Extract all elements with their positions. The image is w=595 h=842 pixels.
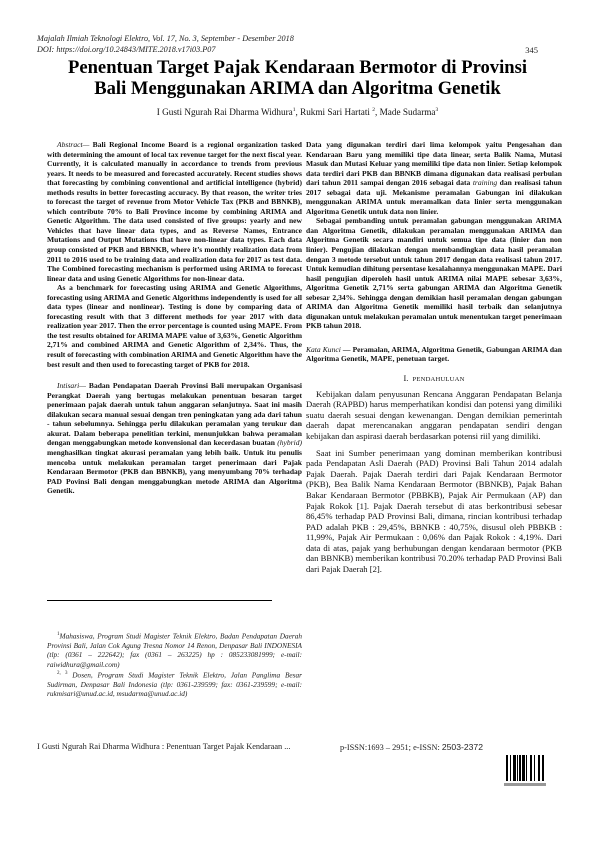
abstract-paragraph-1: Abstract— Bali Regional Income Board is … (47, 140, 302, 283)
intro-paragraph-1: Kebijakan dalam penyusunan Rencana Angga… (306, 389, 562, 442)
author-2: , Rukmi Sari Hartati (295, 107, 372, 117)
right-column: Data yang digunakan terdiri dari lima ke… (306, 140, 562, 575)
abstract-paragraph-2: As a benchmark for forecasting using ARI… (47, 283, 302, 369)
section-heading: I. PENDAHULUAN (306, 374, 562, 385)
footnotes: 1Mahasiswa, Program Studi Magister Tekni… (47, 630, 302, 699)
footnote-1: 1Mahasiswa, Program Studi Magister Tekni… (47, 630, 302, 669)
intisari-paragraph-3: Sebagai pembanding untuk peramalan gabun… (306, 216, 562, 331)
keywords: Kata Kunci — Peramalan, ARIMA, Algoritma… (306, 345, 562, 364)
issn-info: p-ISSN:1693 – 2951; e-ISSN: 2503-2372 (340, 742, 483, 752)
eissn-number: 2503-2372 (442, 742, 483, 752)
journal-header: Majalah Ilmiah Teknologi Elektro, Vol. 1… (37, 34, 294, 55)
footnote-2: 2, 3 Dosen, Program Studi Magister Tekni… (47, 669, 302, 699)
paper-title: Penentuan Target Pajak Kendaraan Bermoto… (0, 57, 595, 99)
keywords-dash: — (341, 345, 353, 354)
footnote-2-text: Dosen, Program Studi Magister Teknik Ele… (47, 670, 302, 698)
section-number: I. (403, 374, 408, 383)
intisari-text-1a: Badan Pendapatan Daerah Provinsi Bali me… (47, 381, 302, 447)
intisari-text-1b: menghasilkan tingkat akurasi peramalan y… (47, 448, 302, 495)
footnote-divider (47, 600, 272, 601)
author-3: , Made Sudarma (375, 107, 435, 117)
section-title: PENDAHULUAN (413, 376, 465, 383)
footnote-2-mark: 2, 3 (57, 671, 67, 676)
doi-link[interactable]: DOI: https://doi.org/10.24843/MITE.2018.… (37, 45, 294, 56)
running-footer-title: I Gusti Ngurah Rai Dharma Widhura : Pene… (37, 742, 290, 751)
page-number: 345 (525, 45, 538, 55)
journal-citation: Majalah Ilmiah Teknologi Elektro, Vol. 1… (37, 34, 294, 45)
intisari-paragraph-2: Data yang digunakan terdiri dari lima ke… (306, 140, 562, 216)
intisari-continued: Data yang digunakan terdiri dari lima ke… (306, 140, 562, 364)
barcode-icon (500, 755, 550, 789)
hybrid-term: (hybrid) (277, 438, 302, 447)
abstract-text-1: Bali Regional Income Board is a regional… (47, 140, 302, 283)
title-line-2: Bali Menggunakan ARIMA dan Algoritma Gen… (0, 78, 595, 99)
author-list: I Gusti Ngurah Rai Dharma Widhura1, Rukm… (0, 107, 595, 117)
title-line-1: Penentuan Target Pajak Kendaraan Bermoto… (0, 57, 595, 78)
introduction-body: Kebijakan dalam penyusunan Rencana Angga… (306, 389, 562, 575)
intisari-label: Intisari— (57, 381, 86, 390)
abstract-label: Abstract— (57, 140, 89, 149)
left-column: Abstract— Bali Regional Income Board is … (47, 140, 302, 496)
issn-prefix: p-ISSN:1693 – 2951; e-ISSN: (340, 743, 442, 752)
training-term: training (473, 178, 497, 187)
author-1: I Gusti Ngurah Rai Dharma Widhura (157, 107, 293, 117)
keywords-label: Kata Kunci (306, 345, 341, 354)
footnote-1-text: Mahasiswa, Program Studi Magister Teknik… (47, 631, 302, 668)
intro-paragraph-2: Saat ini Sumber penerimaan yang dominan … (306, 448, 562, 575)
author-3-affiliation-mark: 3 (436, 107, 439, 113)
intisari-paragraph-1: Intisari— Badan Pendapatan Daerah Provin… (47, 381, 302, 496)
